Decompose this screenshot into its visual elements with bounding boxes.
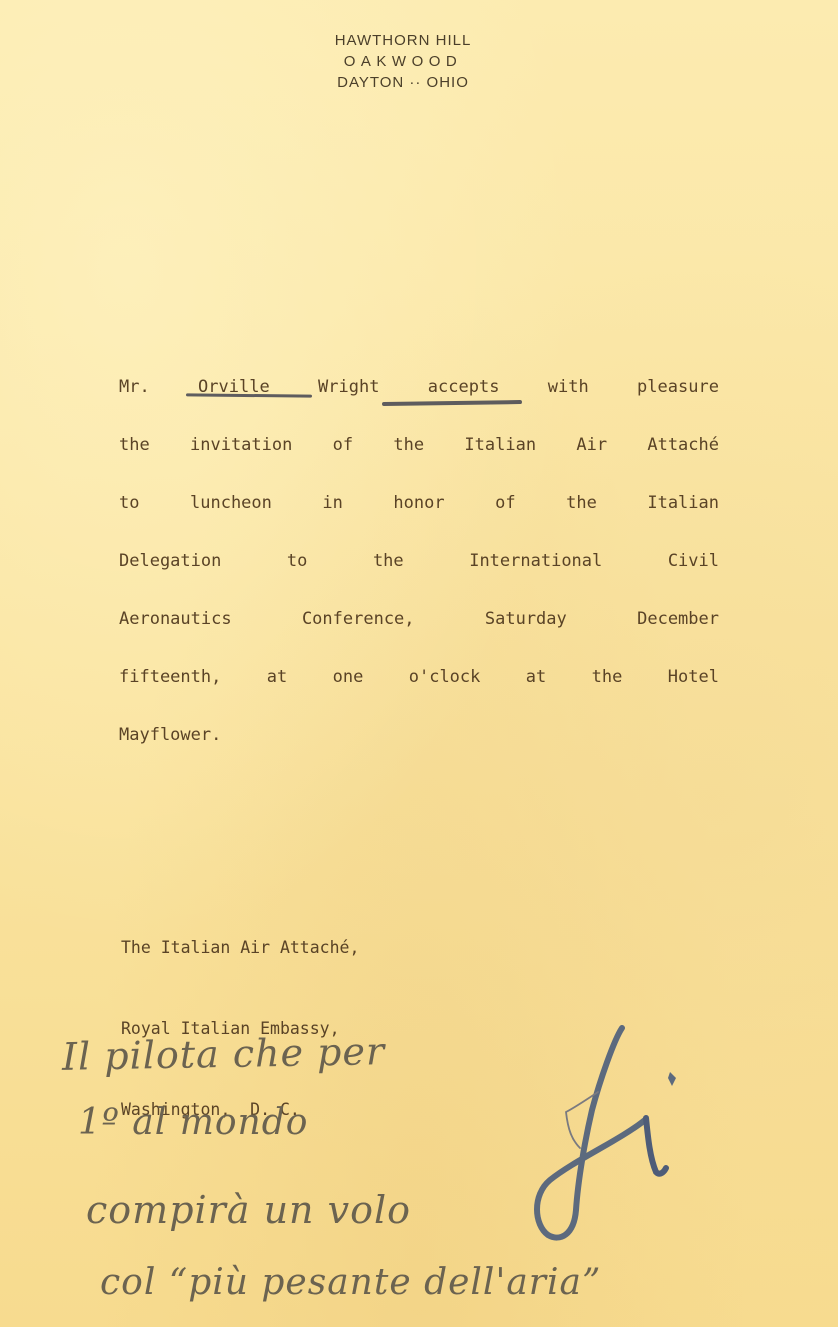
body-line-7: Mayflower.	[119, 706, 719, 764]
letterhead-estate-name: HAWTHORN HILL	[0, 30, 822, 51]
letterhead-city: DAYTON ·· OHIO	[0, 72, 822, 93]
handwritten-line-2: 1º al mondo	[78, 1102, 308, 1143]
letterhead-street: OAKWOOD	[0, 51, 822, 72]
handwritten-line-1: Il pilota che per	[62, 1029, 386, 1079]
letterhead: HAWTHORN HILL OAKWOOD DAYTON ·· OHIO	[0, 30, 838, 93]
blue-pencil-signature-mark	[530, 1020, 690, 1250]
body-line-6: fifteenth,atoneo'clockattheHotel	[119, 648, 719, 706]
acceptance-paragraph: Mr.OrvilleWrightacceptswithpleasure thei…	[119, 358, 719, 764]
body-line-4: DelegationtotheInternationalCivil	[119, 532, 719, 590]
address-line-1: The Italian Air Attaché,	[121, 934, 359, 961]
body-line-3: toluncheoninhonoroftheItalian	[119, 474, 719, 532]
letter-page: HAWTHORN HILL OAKWOOD DAYTON ·· OHIO Mr.…	[0, 0, 838, 1327]
handwritten-line-3: compirà un volo	[86, 1188, 411, 1232]
handwritten-note: Il pilota che per 1º al mondo compirà un…	[0, 1010, 838, 1327]
body-line-1: Mr.OrvilleWrightacceptswithpleasure	[119, 358, 719, 416]
body-line-2: theinvitationoftheItalianAirAttaché	[119, 416, 719, 474]
body-line-5: AeronauticsConference,SaturdayDecember	[119, 590, 719, 648]
handwritten-line-4: col “più pesante dell'aria”	[100, 1262, 601, 1303]
